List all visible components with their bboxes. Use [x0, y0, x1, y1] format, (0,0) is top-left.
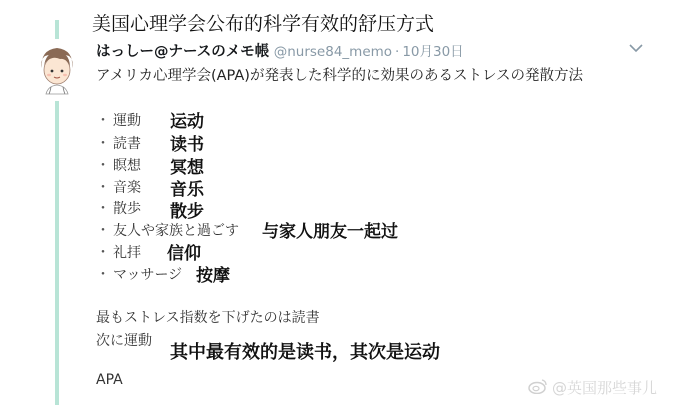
- item-ja: 礼拝: [113, 245, 141, 261]
- tweet-date[interactable]: 10月30日: [402, 44, 463, 60]
- list-item: ・礼拝: [96, 242, 141, 262]
- item-ja: 友人や家族と過ごす: [113, 223, 239, 239]
- item-cn: 按摩: [196, 261, 230, 286]
- list-item: ・音楽: [96, 177, 141, 197]
- list-item: ・マッサージ: [96, 264, 182, 284]
- item-ja: マッサージ: [113, 267, 182, 283]
- user-handle[interactable]: @nurse84_memo: [274, 44, 392, 60]
- watermark: @英国那些事儿: [528, 377, 657, 398]
- thread-line-top: [55, 20, 59, 39]
- separator: ·: [395, 44, 399, 60]
- list-item: ・友人や家族と過ごす: [96, 220, 239, 240]
- item-ja: 散歩: [113, 201, 141, 217]
- item-cn: 与家人朋友一起过: [262, 217, 398, 242]
- item-cn: 读书: [170, 130, 204, 155]
- item-ja: 読書: [113, 136, 141, 152]
- item-ja: 瞑想: [113, 158, 141, 174]
- item-ja: 音楽: [113, 180, 141, 196]
- tweet-intro: アメリカ心理学会(APA)が発表した科学的に効果のあるストレスの発散方法: [96, 64, 583, 85]
- summary-cn: 其中最有效的是读书，其次是运动: [170, 338, 440, 364]
- item-cn: 运动: [170, 107, 204, 132]
- chevron-down-icon[interactable]: [628, 40, 644, 54]
- tweet-header: はっしー@ナースのメモ帳 @nurse84_memo·10月30日: [96, 40, 464, 61]
- cartoon-nurse-avatar-icon: [36, 42, 78, 100]
- note-line-2: 次に運動: [96, 330, 152, 350]
- display-name[interactable]: はっしー@ナースのメモ帳: [96, 44, 269, 60]
- item-ja: 運動: [113, 113, 141, 129]
- note-line-1: 最もストレス指数を下げたのは読書: [96, 307, 320, 327]
- source-label: APA: [96, 372, 123, 388]
- list-item: ・読書: [96, 133, 141, 153]
- watermark-text: @英国那些事儿: [552, 377, 657, 398]
- item-cn: 散步: [170, 197, 204, 222]
- weibo-logo-icon: [528, 378, 548, 398]
- list-item: ・散歩: [96, 198, 141, 218]
- thread-line: [55, 101, 59, 405]
- page-title: 美国心理学会公布的科学有效的舒压方式: [92, 9, 434, 36]
- list-item: ・瞑想: [96, 155, 141, 175]
- list-item: ・運動: [96, 110, 141, 130]
- avatar[interactable]: [36, 42, 78, 100]
